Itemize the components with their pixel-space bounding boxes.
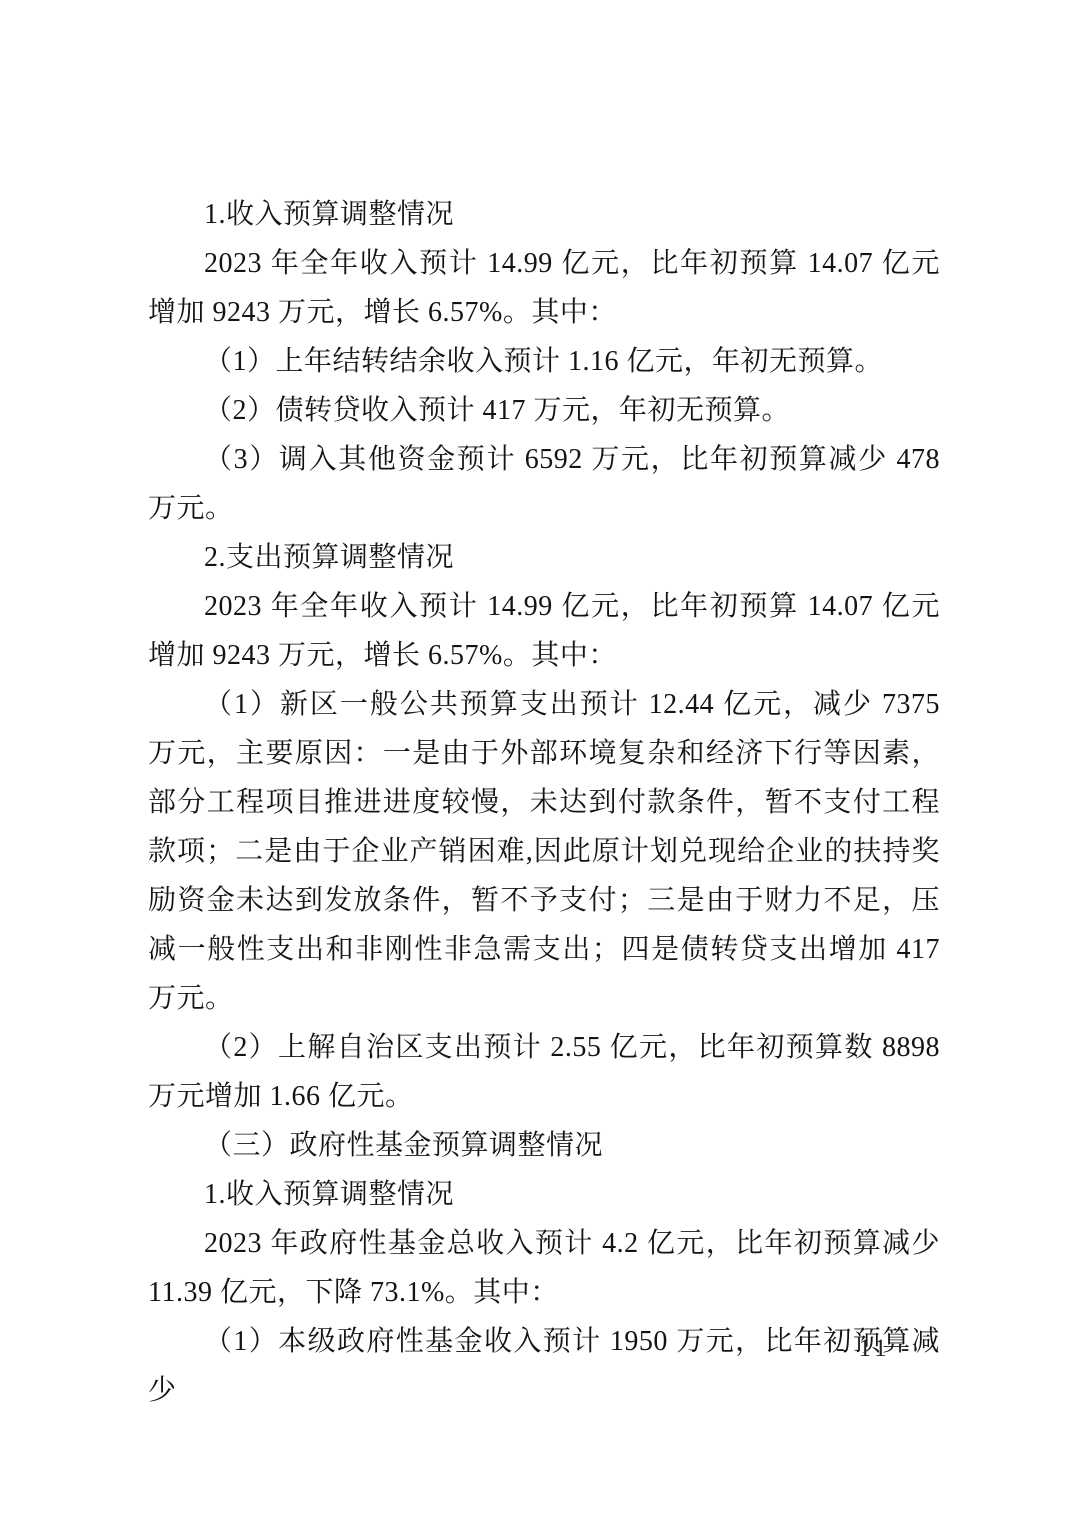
para-expenditure-summary: 2023 年全年收入预计 14.99 亿元，比年初预算 14.07 亿元增加 9… [148, 582, 940, 680]
para-item-1-public-budget-expenditure: （1）新区一般公共预算支出预计 12.44 亿元，减少 7375 万元，主要原因… [148, 680, 940, 1023]
para-fund-revenue-summary: 2023 年政府性基金总收入预计 4.2 亿元，比年初预算减少 11.39 亿元… [148, 1219, 940, 1317]
para-item-1-carryover-income: （1）上年结转结余收入预计 1.16 亿元，年初无预算。 [148, 337, 940, 386]
para-item-2-debt-to-loan-income: （2）债转贷收入预计 417 万元，年初无预算。 [148, 386, 940, 435]
document-body: 1.收入预算调整情况 2023 年全年收入预计 14.99 亿元，比年初预算 1… [148, 190, 940, 1415]
heading-revenue-adjustment: 1.收入预算调整情况 [148, 190, 940, 239]
heading-fund-revenue-adjustment: 1.收入预算调整情况 [148, 1170, 940, 1219]
para-item-1-fund-level-revenue: （1）本级政府性基金收入预计 1950 万元，比年初预算减少 [148, 1317, 940, 1415]
page: 1.收入预算调整情况 2023 年全年收入预计 14.99 亿元，比年初预算 1… [0, 0, 1074, 1520]
page-number: - 11 - [836, 1335, 913, 1362]
heading-expenditure-adjustment: 2.支出预算调整情况 [148, 533, 940, 582]
page-footer: - 11 - [836, 1334, 913, 1364]
para-revenue-summary: 2023 年全年收入预计 14.99 亿元，比年初预算 14.07 亿元增加 9… [148, 239, 940, 337]
para-item-3-transferred-funds: （3）调入其他资金预计 6592 万元，比年初预算减少 478 万元。 [148, 435, 940, 533]
para-item-2-transfer-to-autonomous-region: （2）上解自治区支出预计 2.55 亿元，比年初预算数 8898 万元增加 1.… [148, 1023, 940, 1121]
document-page: { "document": { "language": "zh-CN", "te… [0, 0, 1074, 1520]
heading-government-fund-budget-adjustment: （三）政府性基金预算调整情况 [148, 1121, 940, 1170]
